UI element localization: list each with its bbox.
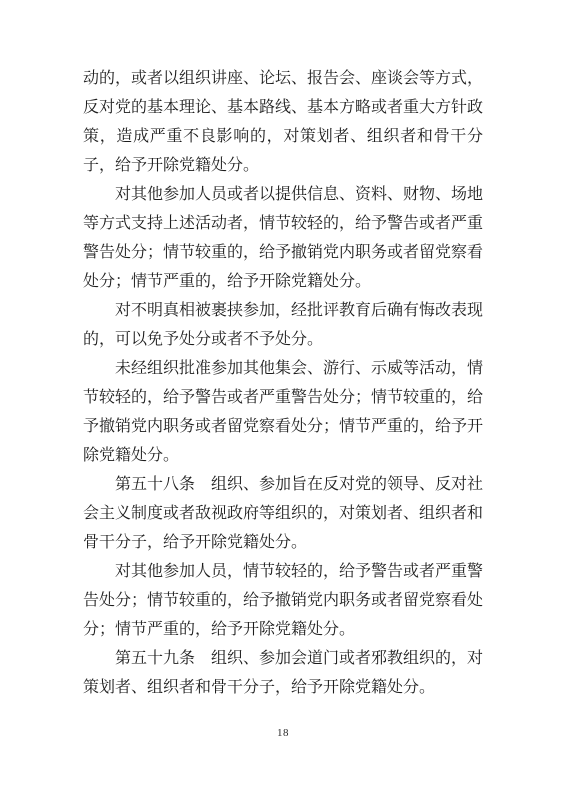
paragraph: 对不明真相被裹挟参加，经批评教育后确有悔改表现的，可以免予处分或者不予处分。 bbox=[83, 296, 483, 354]
paragraph: 对其他参加人员或者以提供信息、资料、财物、场地等方式支持上述活动者，情节较轻的，… bbox=[83, 180, 483, 296]
paragraph: 未经组织批准参加其他集会、游行、示威等活动，情节较轻的，给予警告或者严重警告处分… bbox=[83, 354, 483, 470]
document-content: 动的，或者以组织讲座、论坛、报告会、座谈会等方式，反对党的基本理论、基本路线、基… bbox=[83, 64, 483, 702]
paragraph-article-58: 第五十八条 组织、参加旨在反对党的领导、反对社会主义制度或者敌视政府等组织的，对… bbox=[83, 470, 483, 557]
paragraph: 动的，或者以组织讲座、论坛、报告会、座谈会等方式，反对党的基本理论、基本路线、基… bbox=[83, 64, 483, 180]
document-page: 动的，或者以组织讲座、论坛、报告会、座谈会等方式，反对党的基本理论、基本路线、基… bbox=[0, 0, 566, 800]
paragraph-article-59: 第五十九条 组织、参加会道门或者邪教组织的，对策划者、组织者和骨干分子，给予开除… bbox=[83, 644, 483, 702]
page-number: 18 bbox=[0, 727, 566, 739]
paragraph: 对其他参加人员，情节较轻的，给予警告或者严重警告处分；情节较重的，给予撤销党内职… bbox=[83, 557, 483, 644]
